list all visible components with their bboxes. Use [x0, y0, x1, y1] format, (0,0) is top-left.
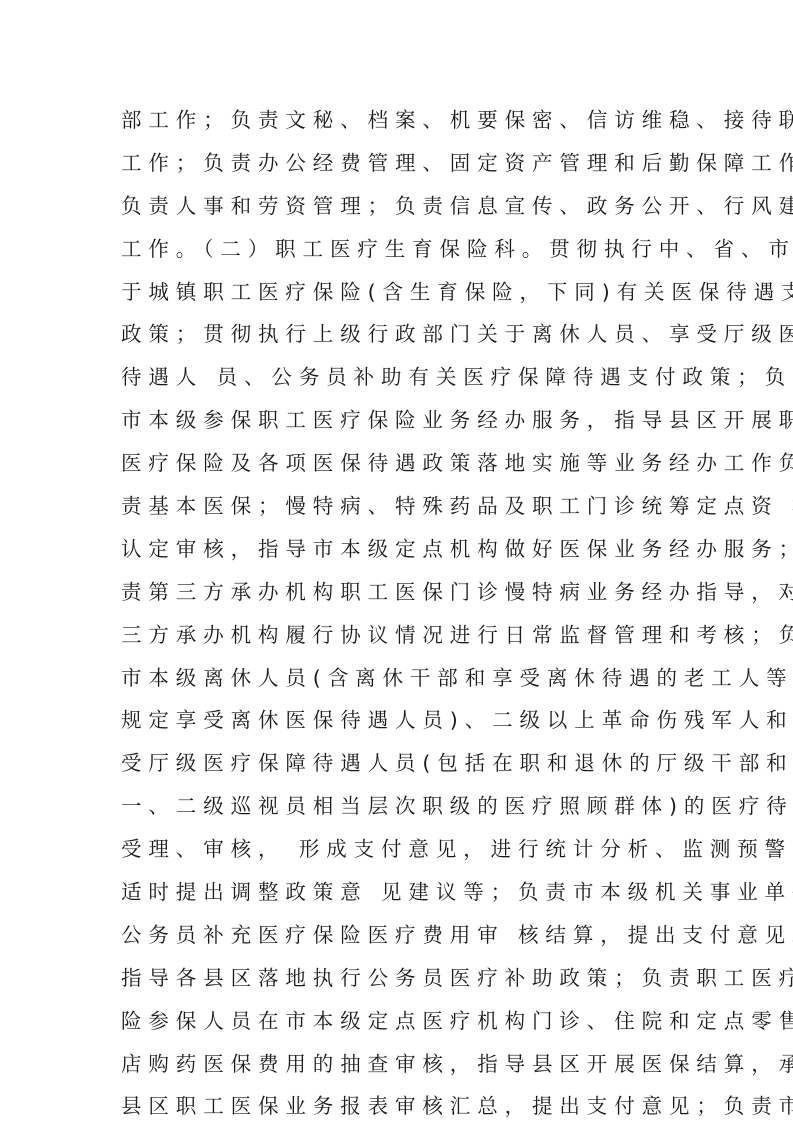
- text-line: 部工作；负责文秘、档案、机要保密、信访维稳、接待联络: [121, 99, 681, 142]
- text-line: 待遇人 员、公务员补助有关医疗保障待遇支付政策；负责: [121, 356, 681, 399]
- text-line: 险参保人员在市本级定点医疗机构门诊、住院和定点零售药: [121, 1000, 681, 1043]
- text-line: 一、二级巡视员相当层次职级的医疗照顾群体)的医疗待遇: [121, 785, 681, 828]
- text-line: 于城镇职工医疗保险(含生育保险，下同)有关医保待遇支付: [121, 271, 681, 314]
- text-line: 负责人事和劳资管理；负责信息宣传、政务公开、行风建设: [121, 185, 681, 228]
- text-line: 适时提出调整政策意 见建议等；负责市本级机关事业单位: [121, 871, 681, 914]
- text-line: 工作；负责办公经费管理、固定资产管理和后勤保障工作；: [121, 142, 681, 185]
- text-line: 市本级参保职工医疗保险业务经办服务，指导县区开展职工: [121, 399, 681, 442]
- text-line: 公务员补充医疗保险医疗费用审 核结算，提出支付意见。: [121, 914, 681, 957]
- text-line: 认定审核，指导市本级定点机构做好医保业务经办服务；负: [121, 528, 681, 571]
- text-line: 工作。（二）职工医疗生育保险科。贯彻执行中、省、市关: [121, 228, 681, 271]
- text-line: 责基本医保；慢特病、特殊药品及职工门诊统筹定点资 格: [121, 485, 681, 528]
- text-line: 指导各县区落地执行公务员医疗补助政策；负责职工医疗保: [121, 957, 681, 1000]
- text-line: 店购药医保费用的抽查审核，指导县区开展医保结算，承担: [121, 1043, 681, 1086]
- text-line: 三方承办机构履行协议情况进行日常监督管理和考核；负责: [121, 614, 681, 657]
- document-page: 部工作；负责文秘、档案、机要保密、信访维稳、接待联络 工作；负责办公经费管理、固…: [0, 0, 793, 1122]
- text-line: 市本级离休人员(含离休干部和享受离休待遇的老工人等按: [121, 657, 681, 700]
- text-line: 县区职工医保业务报表审核汇总，提出支付意见；负责市本: [121, 1085, 681, 1122]
- text-line: 受厅级医疗保障待遇人员(包括在职和退休的厅级干部和: [121, 742, 681, 785]
- text-line: 政策；贯彻执行上级行政部门关于离休人员、享受厅级医保: [121, 313, 681, 356]
- body-paragraph: 部工作；负责文秘、档案、机要保密、信访维稳、接待联络 工作；负责办公经费管理、固…: [121, 99, 681, 1122]
- text-line: 规定享受离休医保待遇人员)、二级以上革命伤残军人和享: [121, 699, 681, 742]
- text-line: 责第三方承办机构职工医保门诊慢特病业务经办指导，对第: [121, 571, 681, 614]
- text-line: 受理、审核， 形成支付意见，进行统计分析、监测预警，: [121, 828, 681, 871]
- text-line: 医疗保险及各项医保待遇政策落地实施等业务经办工作负: [121, 442, 681, 485]
